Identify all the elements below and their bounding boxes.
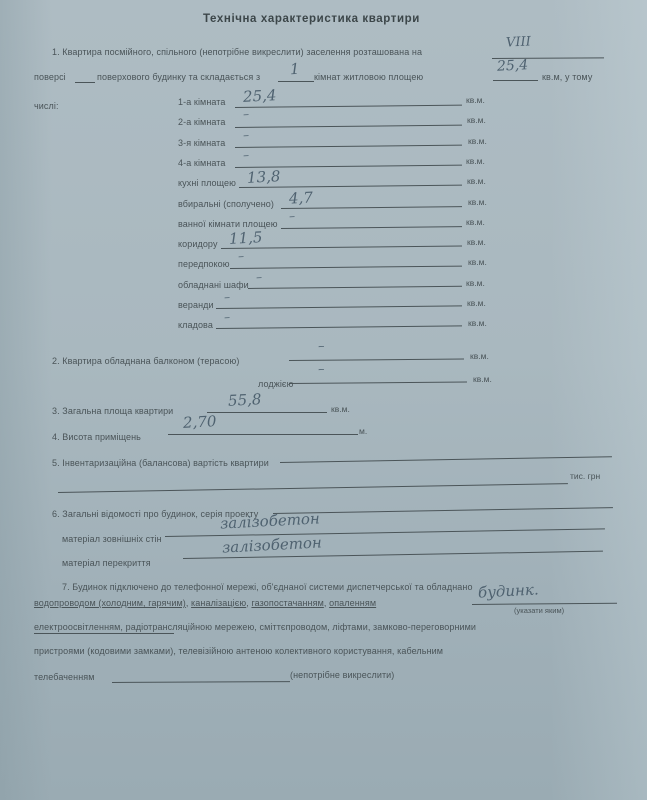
room-row-value: 13,8 — [247, 167, 281, 187]
rooms-count: 1 — [290, 60, 300, 78]
balcony-label: 2. Квартира обладнана балконом (терасою) — [52, 356, 239, 366]
room-row-label: кухні площею — [178, 178, 236, 188]
room-row-value: – — [238, 249, 245, 263]
inventory-value-blank-2 — [58, 483, 568, 493]
room-row-unit: кв.м. — [467, 237, 486, 247]
heating-type-value: будинк. — [478, 580, 539, 601]
electric-lighting-underline — [34, 633, 174, 634]
cable-tv-blank — [112, 681, 290, 683]
room-row-blank — [230, 265, 462, 268]
room-row-unit: кв.м. — [466, 217, 485, 227]
room-row-value: – — [224, 290, 231, 304]
room-row-label: веранди — [178, 300, 214, 310]
section7-line3: електроосвітленням, радіотрансляційною м… — [34, 622, 476, 632]
inventory-value-blank — [280, 456, 612, 463]
room-row-value: – — [256, 270, 263, 284]
room-row-value: 25,4 — [242, 86, 276, 106]
total-area-unit: кв.м. — [331, 404, 350, 414]
room-row-unit: кв.м. — [467, 176, 486, 186]
document-title: Технічна характеристика квартири — [203, 13, 420, 25]
inventory-value-unit: тис. грн — [570, 471, 600, 481]
room-row-unit: кв.м. — [467, 115, 486, 125]
room-row-value: – — [242, 148, 249, 162]
ceiling-height-blank — [168, 434, 358, 435]
room-row-label: 3-я кімната — [178, 138, 225, 148]
room-row-blank — [239, 185, 462, 188]
balcony-unit: кв.м. — [470, 351, 489, 361]
water-supply-option: водопроводом (холодним, гарячим) — [34, 598, 186, 608]
wall-material-label: матеріал зовнішніх стін — [62, 534, 162, 544]
loggia-unit: кв.м. — [473, 374, 492, 384]
room-row-blank — [216, 305, 462, 309]
room-row-unit: кв.м. — [466, 278, 485, 288]
loggia-value: – — [318, 362, 325, 377]
section7-line2: водопроводом (холодним, гарячим), каналі… — [34, 598, 376, 608]
ceiling-height-value: 2,70 — [183, 412, 217, 432]
room-row-value: – — [242, 127, 249, 141]
room-row-unit: кв.м. — [468, 257, 487, 267]
ceiling-height-unit: м. — [359, 426, 367, 436]
room-row-unit: кв.м. — [468, 197, 487, 207]
room-row-label: коридору — [178, 239, 218, 249]
section1-line2-suffix: кімнат житловою площею — [314, 72, 423, 82]
room-row-unit: кв.м. — [468, 318, 487, 328]
room-row-blank — [235, 145, 462, 148]
heating-type-blank — [472, 603, 617, 605]
room-row-label: обладнані шафи — [178, 280, 249, 290]
room-row-blank — [248, 286, 462, 289]
room-row-value: – — [288, 209, 295, 223]
ceiling-height-label: 4. Висота приміщень — [52, 432, 141, 442]
room-row-label: передпокою — [178, 259, 230, 269]
room-row-value: 4,7 — [288, 188, 313, 207]
room-row-unit: кв.м. — [466, 156, 485, 166]
wall-material-value: залізобетон — [220, 509, 321, 532]
section1-line2-prefix: поверсі — [34, 72, 66, 82]
living-area-blank — [493, 80, 538, 81]
storeys-blank — [75, 82, 95, 83]
room-row-unit: кв.м. — [466, 95, 485, 105]
room-row-value: – — [242, 107, 249, 121]
ceiling-material-label: матеріал перекриття — [62, 558, 151, 568]
heating-type-hint: (указати яким) — [514, 606, 564, 615]
room-row-blank — [235, 125, 462, 128]
project-series-blank — [273, 507, 613, 514]
inventory-value-label: 5. Інвентаризаційна (балансова) вартість… — [52, 458, 269, 468]
room-row-unit: кв.м. — [467, 298, 486, 308]
total-area-value: 55,8 — [228, 390, 262, 410]
total-area-blank — [207, 412, 327, 413]
room-row-label: 4-а кімната — [178, 158, 226, 168]
loggia-blank — [289, 381, 467, 384]
room-row-value: – — [224, 310, 231, 324]
total-area-label: 3. Загальна площа квартири — [52, 406, 173, 416]
section1-line2-mid: поверхового будинку та складається з — [97, 72, 260, 82]
room-row-blank — [235, 105, 462, 108]
room-row-value: 11,5 — [228, 228, 262, 248]
rooms-blank — [278, 81, 314, 82]
room-row-blank — [216, 326, 462, 330]
balcony-value: – — [318, 339, 325, 354]
section7-line5-prefix: телебаченням — [34, 672, 95, 682]
section7-line1: 7. Будинок підключено до телефонної мере… — [62, 582, 473, 592]
section7-line4: пристроями (кодовими замками), телевізій… — [34, 646, 443, 656]
floor-value: VIII — [506, 34, 532, 50]
room-row-label: 2-а кімната — [178, 117, 226, 127]
ceiling-material-value: залізобетон — [222, 533, 323, 556]
living-area-value: 25,4 — [497, 57, 529, 75]
section1-line2-unit: кв.м, у тому — [542, 72, 592, 82]
sewerage-option: каналізацією — [191, 598, 246, 608]
room-row-label: ванної кімнати площею — [178, 219, 278, 229]
room-row-label: вбиральні (сполучено) — [178, 199, 274, 209]
section1-line3-prefix: числі: — [34, 101, 59, 111]
section7-line5-suffix: (непотрібне викреслити) — [290, 670, 394, 680]
room-row-unit: кв.м. — [468, 136, 487, 146]
room-row-label: кладова — [178, 320, 213, 330]
heating-option: опаленням — [329, 598, 376, 608]
scanned-form-page: Технічна характеристика квартири 1. Квар… — [0, 0, 647, 800]
room-row-label: 1-а кімната — [178, 97, 226, 107]
gas-option: газопостачанням — [251, 598, 323, 608]
room-row-blank — [281, 226, 462, 229]
section1-line1: 1. Квартира посмійного, спільного (непот… — [52, 47, 422, 57]
balcony-blank — [289, 358, 464, 361]
